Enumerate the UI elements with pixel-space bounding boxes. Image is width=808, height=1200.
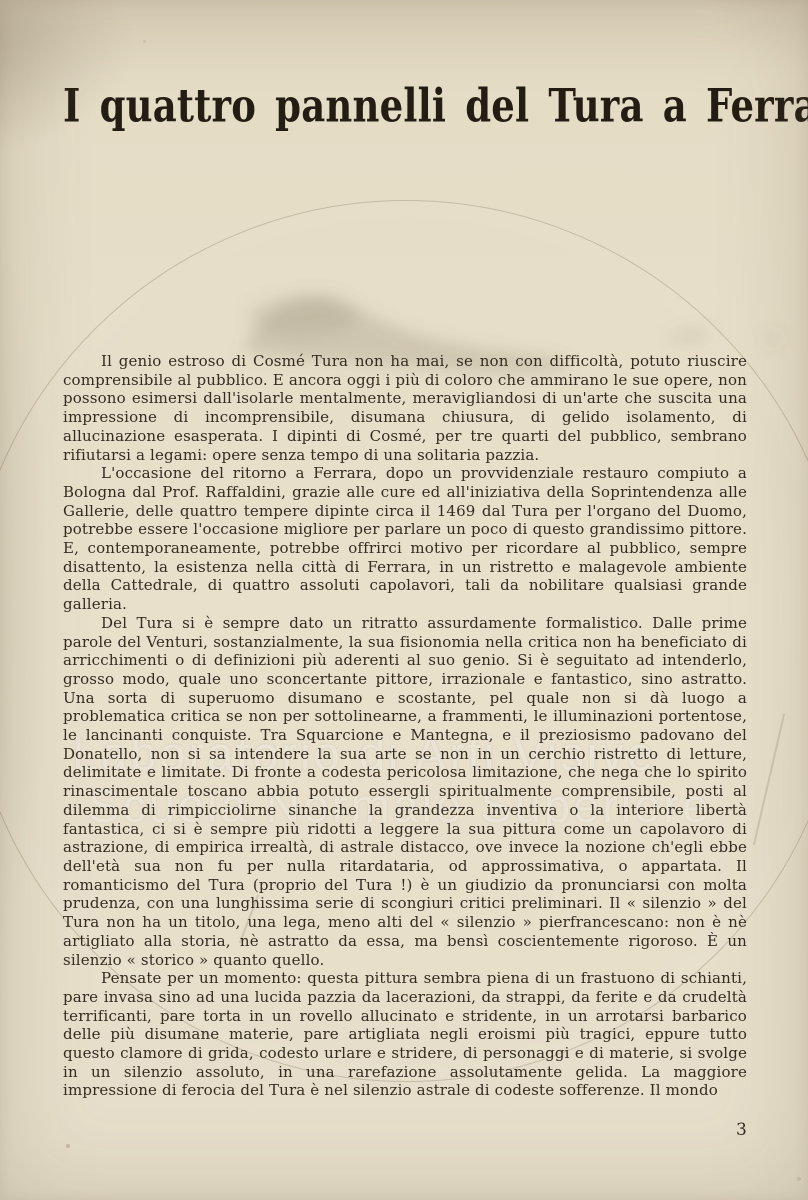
paragraph-3: Del Tura si è sempre dato un ritratto as… — [63, 614, 747, 969]
paragraph-1: Il genio estroso di Cosmé Tura non ha ma… — [63, 352, 747, 464]
paragraph-2: L'occasione del ritorno a Ferrara, dopo … — [63, 464, 747, 614]
paragraph-4: Pensate per un momento: questa pittura s… — [63, 969, 747, 1100]
paper-speck — [143, 40, 146, 43]
paper-speck — [797, 1177, 801, 1181]
paper-speck — [66, 1144, 70, 1148]
page-number: 3 — [736, 1120, 747, 1140]
article-title: I quattro pannelli del Tura a Ferrara — [63, 80, 746, 131]
scanned-book-page: Laboratorio di Arti Visive Scuola Normal… — [0, 0, 808, 1200]
article-body: Il genio estroso di Cosmé Tura non ha ma… — [63, 352, 747, 1100]
